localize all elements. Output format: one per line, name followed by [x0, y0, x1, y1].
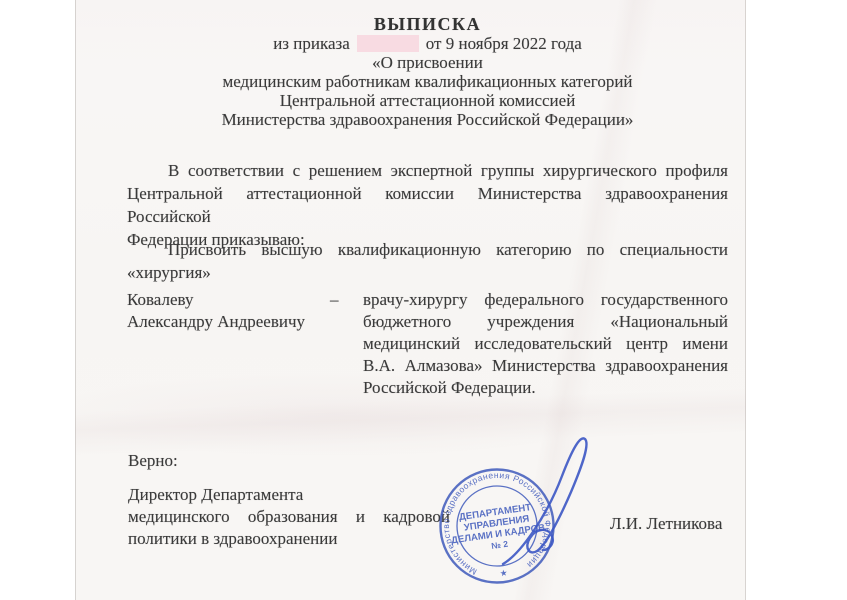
signatory-title-line: политики в здравоохранении [128, 528, 450, 550]
order-title-line: Центральной аттестационной комиссией [127, 91, 728, 110]
signatory-title-line: Директор Департамента [128, 484, 450, 506]
recipient-dash: – [330, 289, 363, 399]
order-title-line: «О присвоении [127, 53, 728, 72]
description-line: врачу-хирургу федерального государственн… [363, 289, 728, 311]
paragraph-line: «хирургия» [127, 261, 728, 284]
paragraph-line: В соответствии с решением экспертной гру… [127, 159, 728, 182]
description-line: медицинский исследовательский центр имен… [363, 333, 728, 355]
description-line: Российской Федерации. [363, 377, 728, 399]
signatory-title-line: медицинского образования и кадровой [128, 506, 450, 528]
document-content: ВЫПИСКА из приказа от 9 ноября 2022 года… [127, 0, 728, 600]
document-title: ВЫПИСКА [127, 15, 728, 34]
redaction-box [357, 35, 419, 52]
recipient-description: врачу-хирургу федерального государственн… [363, 289, 728, 399]
resolution-paragraph: Присвоить высшую квалификационную катего… [127, 238, 728, 284]
paper-sheet: ВЫПИСКА из приказа от 9 ноября 2022 года… [75, 0, 746, 600]
signatory-title: Директор Департамента медицинского образ… [128, 484, 450, 550]
order-ref-prefix: из приказа [273, 34, 350, 53]
recipient-surname: Ковалеву [127, 289, 330, 311]
order-title-line: Министерства здравоохранения Российской … [127, 110, 728, 129]
recipient-name: Ковалеву Александру Андреевичу [127, 289, 330, 399]
paragraph-line: Присвоить высшую квалификационную катего… [127, 238, 728, 261]
order-ref-suffix: от 9 ноября 2022 года [426, 34, 582, 53]
description-line: В.А. Алмазова» Министерства здравоохране… [363, 355, 728, 377]
recipient-block: Ковалеву Александру Андреевичу – врачу-х… [127, 289, 728, 399]
certification-mark: Верно: [128, 451, 178, 471]
order-reference-line: из приказа от 9 ноября 2022 года [127, 34, 728, 53]
signature-stroke [503, 438, 587, 564]
recipient-given-names: Александру Андреевичу [127, 311, 330, 333]
document-header: ВЫПИСКА из приказа от 9 ноября 2022 года… [127, 15, 728, 129]
order-title-line: медицинским работникам квалификационных … [127, 72, 728, 91]
signatory-name: Л.И. Летникова [610, 514, 722, 534]
description-line: бюджетного учреждения «Национальный [363, 311, 728, 333]
paragraph-line: Центральной аттестационной комиссии Мини… [127, 182, 728, 228]
handwritten-signature [460, 413, 620, 583]
scanned-document-view: ВЫПИСКА из приказа от 9 ноября 2022 года… [0, 0, 847, 600]
